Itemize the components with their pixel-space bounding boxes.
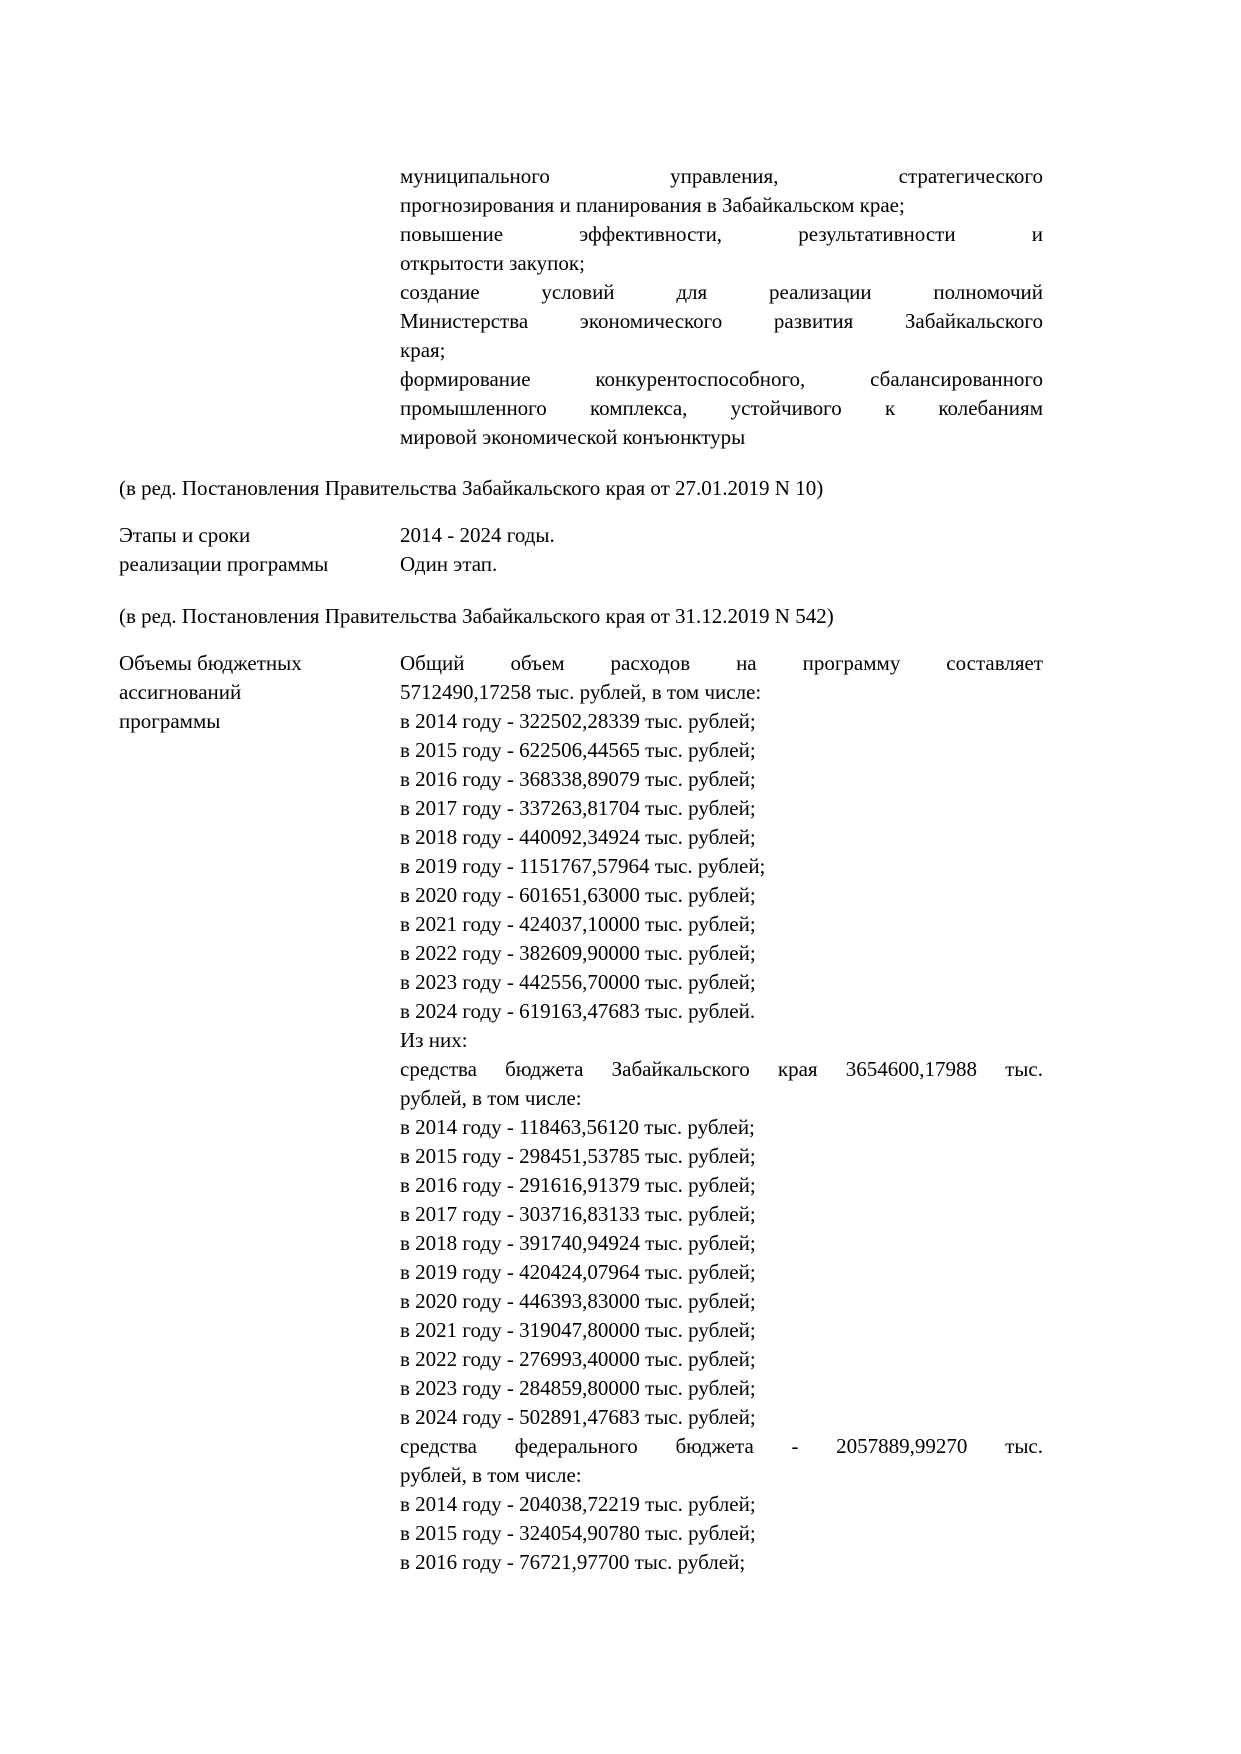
goal-line: промышленного комплекса, устойчивого к к… — [400, 394, 1043, 423]
budget-line: в 2023 году - 284859,80000 тыс. рублей; — [400, 1374, 1043, 1403]
budget-line: в 2019 году - 420424,07964 тыс. рублей; — [400, 1258, 1043, 1287]
budget-line: в 2014 году - 118463,56120 тыс. рублей; — [400, 1113, 1043, 1142]
budget-line: в 2015 году - 324054,90780 тыс. рублей; — [400, 1519, 1043, 1548]
goal-line: края; — [400, 336, 1043, 365]
budget-line: в 2014 году - 322502,28339 тыс. рублей; — [400, 707, 1043, 736]
budget-line: в 2023 году - 442556,70000 тыс. рублей; — [400, 968, 1043, 997]
budget-label-line: Объемы бюджетных — [119, 649, 394, 678]
budget-line: в 2015 году - 622506,44565 тыс. рублей; — [400, 736, 1043, 765]
budget-line: рублей, в том числе: — [400, 1461, 1043, 1490]
stages-value: 2014 - 2024 годы.Один этап. — [400, 521, 1043, 579]
program-goals-continuation: муниципального управления, стратегическо… — [400, 162, 1043, 452]
budget-line: в 2018 году - 440092,34924 тыс. рублей; — [400, 823, 1043, 852]
budget-line: в 2020 году - 446393,83000 тыс. рублей; — [400, 1287, 1043, 1316]
budget-line: Общий объем расходов на программу состав… — [400, 649, 1043, 678]
budget-line: 5712490,17258 тыс. рублей, в том числе: — [400, 678, 1043, 707]
goal-line: муниципального управления, стратегическо… — [400, 162, 1043, 191]
goal-line: повышение эффективности, результативност… — [400, 220, 1043, 249]
budget-line: в 2024 году - 619163,47683 тыс. рублей. — [400, 997, 1043, 1026]
budget-line: в 2020 году - 601651,63000 тыс. рублей; — [400, 881, 1043, 910]
budget-line: средства бюджета Забайкальского края 365… — [400, 1055, 1043, 1084]
goal-line: прогнозирования и планирования в Забайка… — [400, 191, 1043, 220]
budget-line: в 2018 году - 391740,94924 тыс. рублей; — [400, 1229, 1043, 1258]
budget-line: в 2021 году - 424037,10000 тыс. рублей; — [400, 910, 1043, 939]
budget-line: в 2016 году - 76721,97700 тыс. рублей; — [400, 1548, 1043, 1577]
budget-line: в 2016 году - 291616,91379 тыс. рублей; — [400, 1171, 1043, 1200]
amendment-note-2019-10: (в ред. Постановления Правительства Заба… — [119, 474, 823, 503]
document-page: муниципального управления, стратегическо… — [0, 0, 1241, 1754]
goal-line: создание условий для реализации полномоч… — [400, 278, 1043, 307]
budget-line: в 2016 году - 368338,89079 тыс. рублей; — [400, 765, 1043, 794]
budget-line: средства федерального бюджета - 2057889,… — [400, 1432, 1043, 1461]
budget-line: рублей, в том числе: — [400, 1084, 1043, 1113]
budget-label: Объемы бюджетныхассигнованийпрограммы — [119, 649, 394, 736]
stages-value-line: 2014 - 2024 годы. — [400, 521, 1043, 550]
stages-label-line: реализации программы — [119, 550, 394, 579]
stages-value-line: Один этап. — [400, 550, 1043, 579]
goal-line: открытости закупок; — [400, 249, 1043, 278]
budget-line: в 2024 году - 502891,47683 тыс. рублей; — [400, 1403, 1043, 1432]
goal-line: мировой экономической конъюнктуры — [400, 423, 1043, 452]
budget-line: Из них: — [400, 1026, 1043, 1055]
goal-line: формирование конкурентоспособного, сбала… — [400, 365, 1043, 394]
budget-line: в 2014 году - 204038,72219 тыс. рублей; — [400, 1490, 1043, 1519]
budget-line: в 2017 году - 337263,81704 тыс. рублей; — [400, 794, 1043, 823]
goal-line: Министерства экономического развития Заб… — [400, 307, 1043, 336]
budget-line: в 2022 году - 382609,90000 тыс. рублей; — [400, 939, 1043, 968]
stages-label: Этапы и срокиреализации программы — [119, 521, 394, 579]
budget-line: в 2015 году - 298451,53785 тыс. рублей; — [400, 1142, 1043, 1171]
budget-line: в 2017 году - 303716,83133 тыс. рублей; — [400, 1200, 1043, 1229]
budget-line: в 2021 году - 319047,80000 тыс. рублей; — [400, 1316, 1043, 1345]
budget-label-line: программы — [119, 707, 394, 736]
stages-label-line: Этапы и сроки — [119, 521, 394, 550]
budget-label-line: ассигнований — [119, 678, 394, 707]
budget-line: в 2022 году - 276993,40000 тыс. рублей; — [400, 1345, 1043, 1374]
budget-line: в 2019 году - 1151767,57964 тыс. рублей; — [400, 852, 1043, 881]
amendment-note-2019-542: (в ред. Постановления Правительства Заба… — [119, 602, 834, 631]
budget-value: Общий объем расходов на программу состав… — [400, 649, 1043, 1577]
